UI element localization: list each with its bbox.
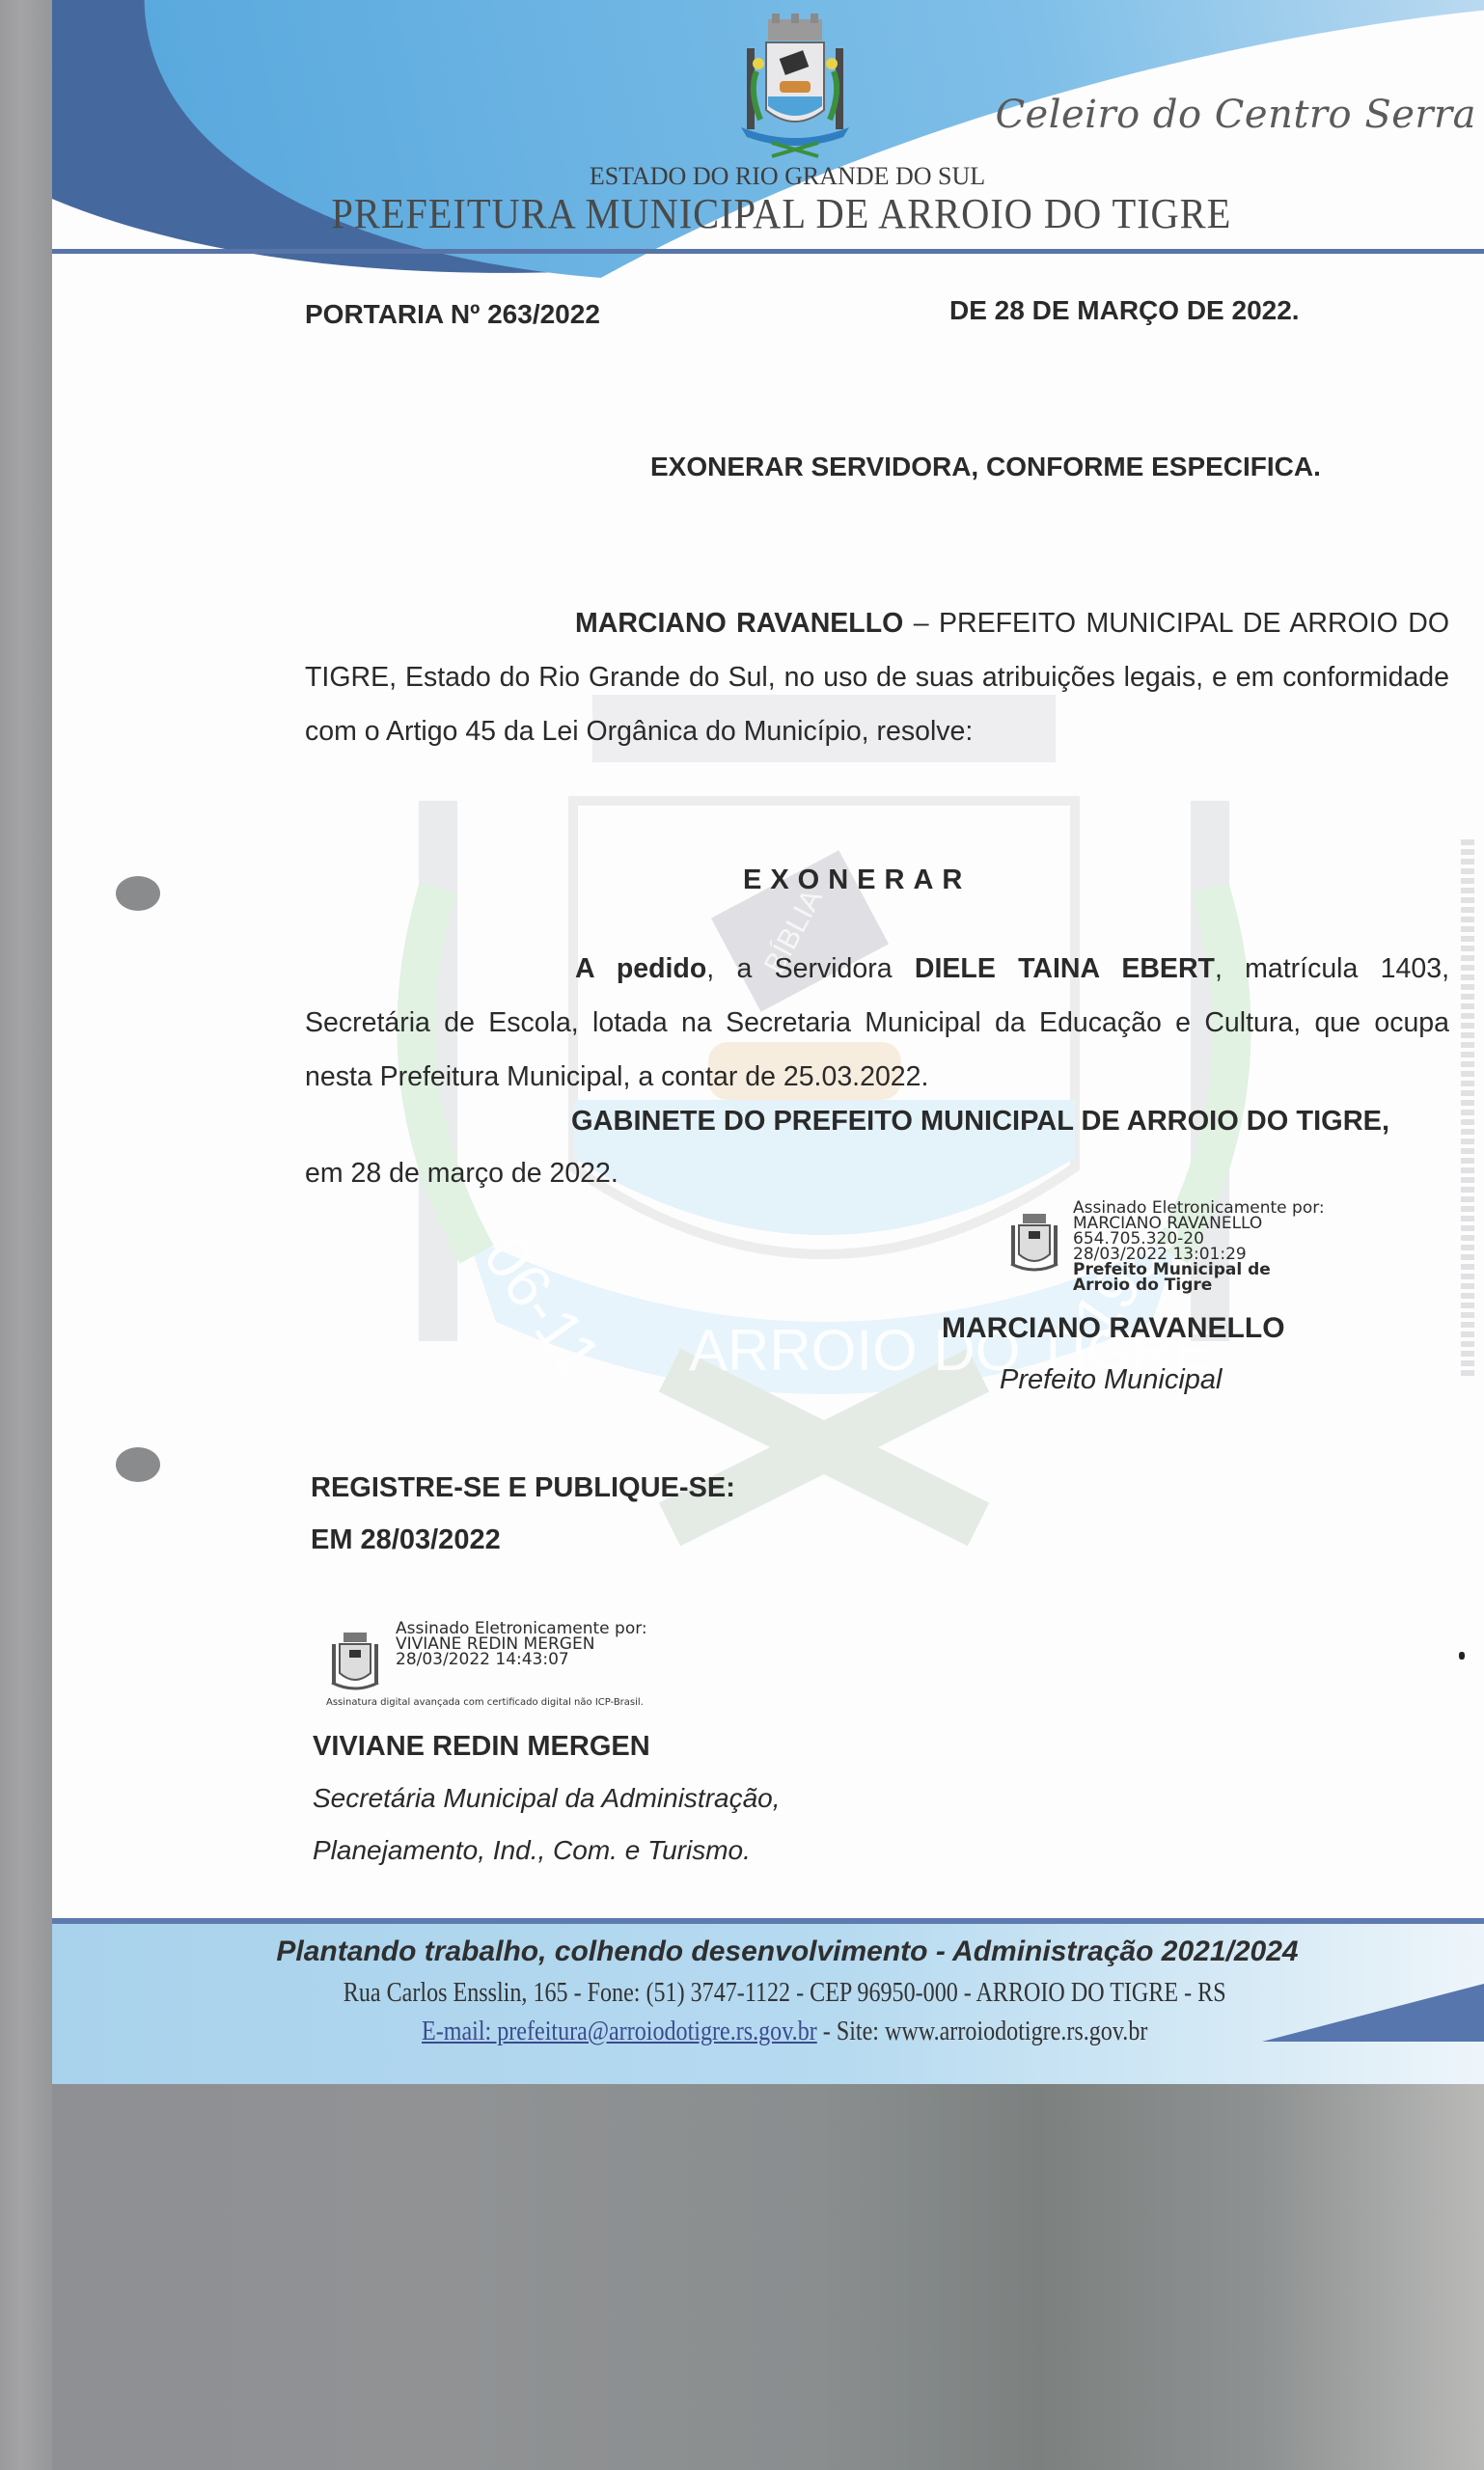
punch-hole-bottom: [116, 1447, 160, 1482]
header-municipality: PREFEITURA MUNICIPAL DE ARROIO DO TIGRE: [109, 189, 1426, 238]
vertical-margin-text: [1461, 839, 1474, 1380]
employee-name: DIELE TAINA EBERT: [915, 953, 1215, 984]
punch-hole-top: [116, 876, 160, 911]
closing-place: GABINETE DO PREFEITO MUNICIPAL DE ARROIO…: [571, 1106, 1389, 1138]
signature-seal-icon: [1005, 1212, 1063, 1276]
mayor-stamp-text: Assinado Eletronicamente por: MARCIANO R…: [1073, 1200, 1325, 1293]
signature-seal-icon: [326, 1631, 384, 1694]
header-rule: [52, 249, 1484, 254]
stamp-line: 28/03/2022 14:43:07: [396, 1652, 647, 1667]
secretary-role-line1: Secretária Municipal da Administração,: [313, 1783, 781, 1814]
footer-email-link[interactable]: E-mail: prefeitura@arroiodotigre.rs.gov.…: [422, 2017, 817, 2046]
secretary-stamp-text: Assinado Eletronicamente por: VIVIANE RE…: [396, 1621, 647, 1667]
mayor-signature-role: Prefeito Municipal: [1000, 1364, 1223, 1396]
request-lead: A pedido: [575, 953, 706, 984]
footer-slogan: Plantando trabalho, colhendo desenvolvim…: [52, 1935, 1484, 1968]
publication-date: EM 28/03/2022: [311, 1524, 501, 1556]
scanner-left-edge: [0, 0, 52, 2470]
footer-contacts: E-mail: prefeitura@arroiodotigre.rs.gov.…: [152, 2017, 1384, 2047]
letterhead-footer: Plantando trabalho, colhendo desenvolvim…: [52, 1918, 1484, 2084]
signature-certificate-note: Assinatura digital avançada com certific…: [326, 1696, 731, 1709]
footer-address: Rua Carlos Ensslin, 165 - Fone: (51) 374…: [152, 1978, 1384, 2009]
stamp-line-bold: Arroio do Tigre: [1073, 1277, 1325, 1293]
document-page: Celeiro do Centro Serra ESTADO DO RIO GR…: [52, 0, 1484, 2084]
scan-speck: [1459, 1652, 1465, 1660]
closing-date: em 28 de março de 2022.: [305, 1158, 618, 1190]
mayor-name-inline: MARCIANO RAVANELLO: [575, 608, 903, 639]
secretary-signature-name: VIVIANE REDIN MERGEN: [313, 1731, 650, 1763]
footer-site[interactable]: - Site: www.arroiodotigre.rs.gov.br: [817, 2017, 1148, 2046]
portaria-date: DE 28 DE MARÇO DE 2022.: [949, 295, 1300, 326]
action-text-part1: , a Servidora: [706, 953, 915, 984]
publication-label: REGISTRE-SE E PUBLIQUE-SE:: [311, 1472, 735, 1504]
header-state: ESTADO DO RIO GRANDE DO SUL: [52, 162, 1484, 191]
action-heading: EXONERAR: [743, 864, 971, 896]
secretary-role-line2: Planejamento, Ind., Com. e Turismo.: [313, 1835, 751, 1866]
mayor-signature-name: MARCIANO RAVANELLO: [942, 1312, 1285, 1345]
action-paragraph: A pedido, a Servidora DIELE TAINA EBERT,…: [305, 942, 1449, 1104]
portaria-number: PORTARIA Nº 263/2022: [305, 299, 600, 330]
footer-corner-accent: [1262, 1984, 1484, 2042]
header-tagline: Celeiro do Centro Serra: [995, 93, 1476, 137]
portaria-summary: EXONERAR SERVIDORA, CONFORME ESPECIFICA.: [650, 452, 1321, 482]
preamble-paragraph: MARCIANO RAVANELLO – PREFEITO MUNICIPAL …: [305, 596, 1449, 758]
municipal-coat-of-arms-icon: [718, 14, 872, 158]
